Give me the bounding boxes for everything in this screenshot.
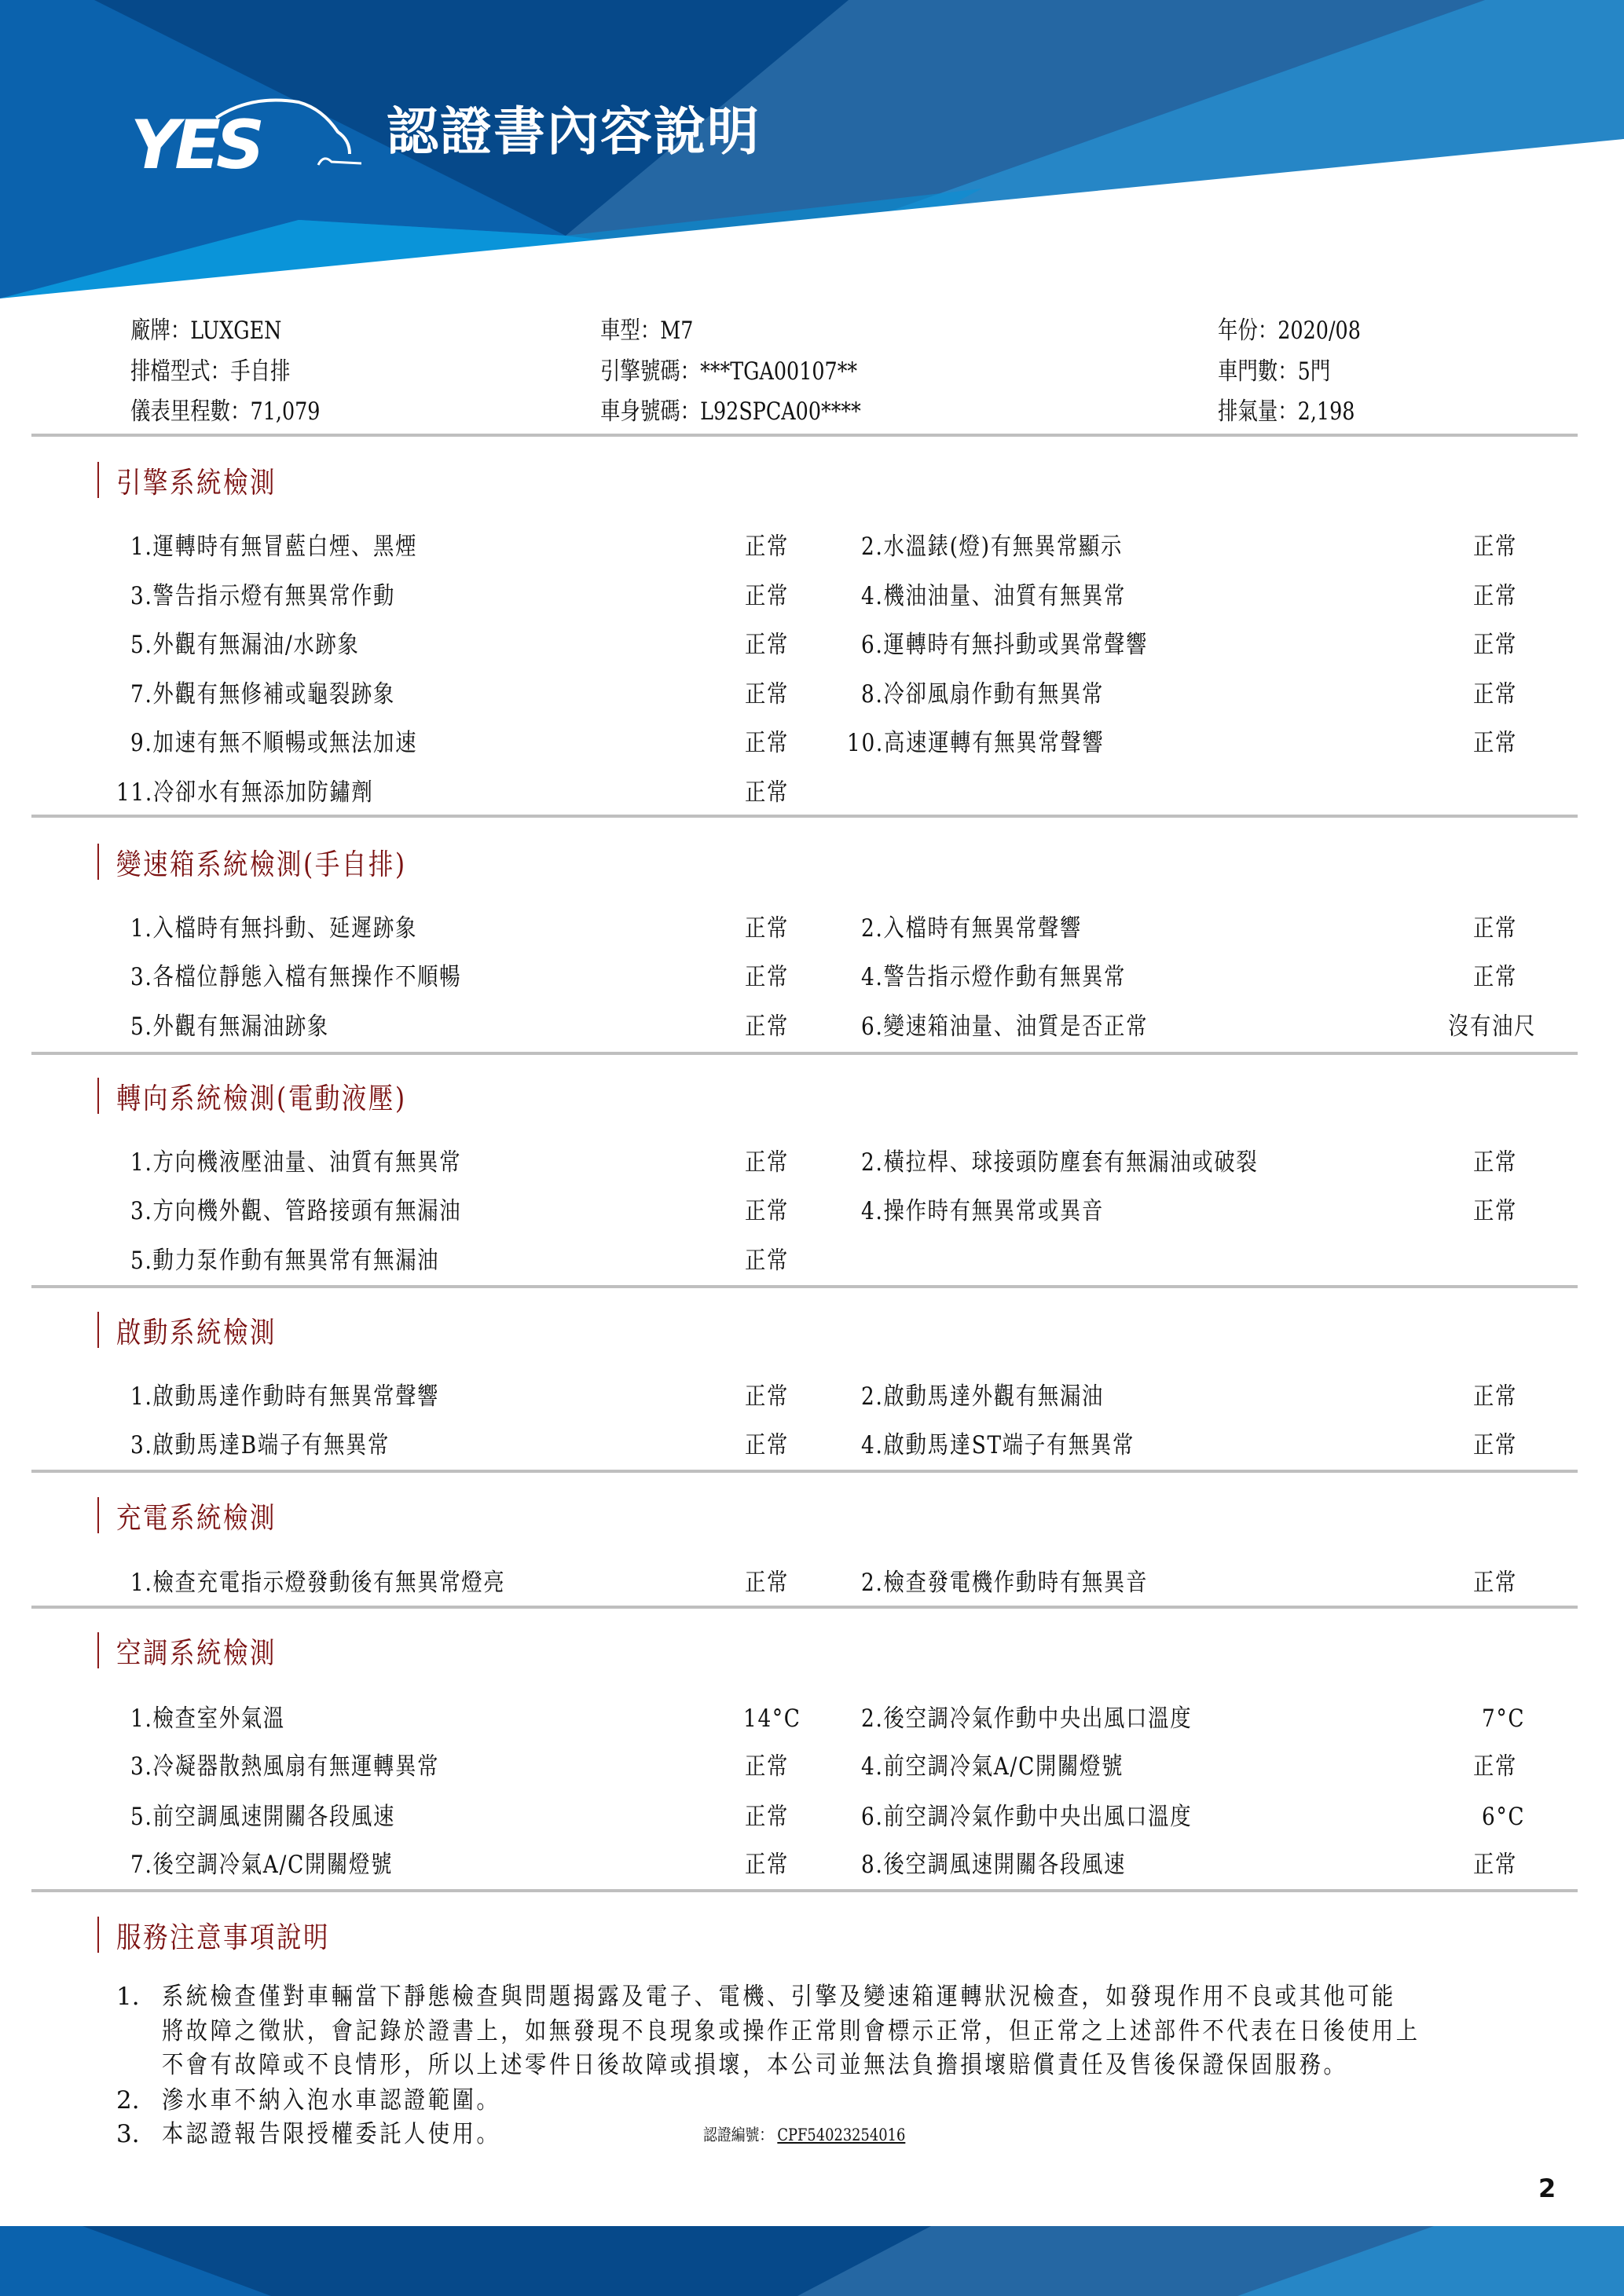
check-item: 2.入檔時有無異常聲響: [861, 913, 1082, 944]
check-item: 6.變速箱油量、油質是否正常: [861, 1011, 1148, 1042]
check-status: 正常: [745, 1381, 789, 1412]
check-status: 正常: [745, 1245, 789, 1276]
check-status: 正常: [1473, 961, 1517, 993]
check-item: 11.冷卻水有無添加防鏽劑: [116, 777, 374, 808]
check-status: 正常: [1473, 1196, 1517, 1227]
section-marker: [97, 1632, 99, 1668]
check-item: 1.檢查室外氣溫: [130, 1703, 285, 1734]
check-status: 正常: [1473, 629, 1517, 661]
check-item: 4.啟動馬達ST端子有無異常: [861, 1430, 1135, 1461]
check-status: 正常: [1473, 1567, 1517, 1598]
divider: [31, 1606, 1578, 1609]
check-status: 正常: [745, 1567, 789, 1598]
check-status: 正常: [745, 1849, 789, 1880]
check-item: 5.動力泵作動有無異常有無漏油: [130, 1245, 439, 1276]
section-title: 啟動系統檢測: [116, 1309, 277, 1351]
check-status: 正常: [745, 777, 789, 808]
section-title: 引擎系統檢測: [116, 459, 277, 501]
check-item: 2.檢查發電機作動時有無異音: [861, 1567, 1148, 1598]
section-title: 空調系統檢測: [116, 1629, 277, 1672]
divider: [31, 1052, 1578, 1055]
footer-banner: [0, 2226, 1624, 2296]
check-item: 3.警告指示燈有無異常作動: [130, 580, 395, 612]
section-service-header: 服務注意事項說明: [97, 1917, 368, 1953]
check-status: 正常: [745, 1196, 789, 1227]
check-item: 5.外觀有無漏油跡象: [130, 1011, 329, 1042]
check-item: 1.運轉時有無冒藍白煙、黑煙: [130, 531, 417, 562]
check-status: 正常: [745, 913, 789, 944]
check-item: 4.警告指示燈作動有無異常: [861, 961, 1126, 993]
check-item: 3.啟動馬達B端子有無異常: [130, 1430, 390, 1461]
check-status: 正常: [745, 531, 789, 562]
check-status: 正常: [745, 1430, 789, 1461]
check-status: 沒有油尺: [1448, 1011, 1536, 1042]
section-title: 充電系統檢測: [116, 1494, 277, 1536]
check-item: 6.前空調冷氣作動中央出風口溫度: [861, 1801, 1192, 1833]
section-marker: [97, 844, 99, 880]
model-field: 車型：M7: [600, 315, 693, 346]
note-line: 本認證報告限授權委託人使用。: [162, 2118, 500, 2150]
section-marker: [97, 1917, 99, 1953]
check-item: 1.啟動馬達作動時有無異常聲響: [130, 1381, 439, 1412]
note-number: 1.: [116, 1981, 140, 2012]
certificate-number: 認證編號：CPF54023254016: [703, 2124, 905, 2146]
doors-field: 車門數：5門: [1218, 356, 1330, 387]
section-charging-header: 充電系統檢測: [97, 1497, 305, 1533]
page-number: 2: [1538, 2171, 1556, 2206]
note-line: 不會有故障或不良情形，所以上述零件日後故障或損壞，本公司並無法負擔損壞賠償責任及…: [162, 2049, 1347, 2081]
section-steering-header: 轉向系統檢測(電動液壓): [97, 1078, 458, 1114]
check-item: 3.方向機外觀、管路接頭有無漏油: [130, 1196, 461, 1227]
check-status: 正常: [745, 961, 789, 993]
divider: [31, 815, 1578, 818]
check-status: 6°C: [1482, 1801, 1525, 1833]
note-number: 2.: [116, 2085, 140, 2116]
certificate-label: 認證編號：: [703, 2126, 773, 2144]
section-engine-header: 引擎系統檢測: [97, 462, 305, 498]
check-status: 正常: [745, 1011, 789, 1042]
check-item: 3.各檔位靜態入檔有無操作不順暢: [130, 961, 461, 993]
check-item: 3.冷凝器散熱風扇有無運轉異常: [130, 1751, 439, 1782]
section-starter-header: 啟動系統檢測: [97, 1312, 305, 1348]
check-status: 正常: [1473, 531, 1517, 562]
engine-number-field: 引擎號碼：***TGA00107**: [600, 356, 857, 387]
check-status: 正常: [745, 679, 789, 710]
year-field: 年份：2020/08: [1218, 315, 1361, 346]
check-status: 正常: [745, 629, 789, 661]
displacement-field: 排氣量：2,198: [1218, 396, 1355, 427]
divider: [31, 1470, 1578, 1473]
check-status: 正常: [745, 727, 789, 759]
transmission-type-field: 排檔型式：手自排: [130, 356, 290, 387]
check-item: 7.外觀有無修補或龜裂跡象: [130, 679, 395, 710]
check-item: 4.操作時有無異常或異音: [861, 1196, 1104, 1227]
check-item: 1.檢查充電指示燈發動後有無異常燈亮: [130, 1567, 505, 1598]
check-status: 正常: [745, 580, 789, 612]
check-status: 正常: [1473, 1849, 1517, 1880]
check-item: 8.後空調風速開關各段風速: [861, 1849, 1126, 1880]
check-item: 2.橫拉桿、球接頭防塵套有無漏油或破裂: [861, 1147, 1258, 1178]
divider: [31, 1889, 1578, 1892]
check-item: 8.冷卻風扇作動有無異常: [861, 679, 1104, 710]
divider: [31, 434, 1578, 437]
check-status: 正常: [1473, 1381, 1517, 1412]
check-status: 正常: [745, 1751, 789, 1782]
check-status: 7°C: [1482, 1703, 1525, 1734]
section-title: 變速箱系統檢測(手自排): [116, 840, 407, 883]
mileage-field: 儀表里程數：71,079: [130, 396, 320, 427]
check-item: 2.水溫錶(燈)有無異常顯示: [861, 531, 1123, 562]
check-item: 4.機油油量、油質有無異常: [861, 580, 1126, 612]
check-item: 5.外觀有無漏油/水跡象: [130, 629, 360, 661]
check-item: 1.入檔時有無抖動、延遲跡象: [130, 913, 417, 944]
check-status: 正常: [1473, 1430, 1517, 1461]
check-status: 正常: [1473, 913, 1517, 944]
check-item: 2.啟動馬達外觀有無漏油: [861, 1381, 1104, 1412]
check-status: 正常: [1473, 580, 1517, 612]
check-item: 5.前空調風速開關各段風速: [130, 1801, 395, 1833]
check-item: 6.運轉時有無抖動或異常聲響: [861, 629, 1148, 661]
section-title: 服務注意事項說明: [116, 1913, 330, 1956]
check-item: 2.後空調冷氣作動中央出風口溫度: [861, 1703, 1192, 1734]
check-item: 10.高速運轉有無異常聲響: [847, 727, 1105, 759]
certificate-value: CPF54023254016: [777, 2126, 905, 2144]
check-item: 7.後空調冷氣A/C開關燈號: [130, 1849, 393, 1880]
check-status: 正常: [745, 1801, 789, 1833]
yes-logo: YES: [126, 93, 361, 179]
note-line: 系統檢查僅對車輛當下靜態檢查與問題揭露及電子、電機、引擎及變速箱運轉狀況檢查，如…: [162, 1981, 1396, 2012]
check-status: 14°C: [743, 1703, 801, 1734]
section-marker: [97, 1078, 99, 1114]
note-line: 滲水車不納入泡水車認證範圍。: [162, 2085, 500, 2116]
check-status: 正常: [1473, 1751, 1517, 1782]
section-ac-header: 空調系統檢測: [97, 1632, 305, 1668]
divider: [31, 1285, 1578, 1288]
section-marker: [97, 462, 99, 498]
check-status: 正常: [1473, 679, 1517, 710]
section-marker: [97, 1497, 99, 1533]
section-marker: [97, 1312, 99, 1348]
brand-field: 廠牌：LUXGEN: [130, 315, 281, 346]
section-title: 轉向系統檢測(電動液壓): [116, 1075, 407, 1117]
svg-text:YES: YES: [130, 106, 262, 179]
note-number: 3.: [116, 2118, 140, 2150]
check-item: 1.方向機液壓油量、油質有無異常: [130, 1147, 461, 1178]
section-transmission-header: 變速箱系統檢測(手自排): [97, 844, 458, 880]
check-item: 4.前空調冷氣A/C開關燈號: [861, 1751, 1124, 1782]
check-status: 正常: [1473, 1147, 1517, 1178]
check-status: 正常: [745, 1147, 789, 1178]
vin-field: 車身號碼：L92SPCA00****: [600, 396, 861, 427]
check-status: 正常: [1473, 727, 1517, 759]
check-item: 9.加速有無不順暢或無法加速: [130, 727, 417, 759]
page-title: 認證書內容說明: [387, 101, 761, 163]
note-line: 將故障之徵狀，會記錄於證書上，如無發現不良現象或操作正常則會標示正常，但正常之上…: [162, 2016, 1421, 2047]
